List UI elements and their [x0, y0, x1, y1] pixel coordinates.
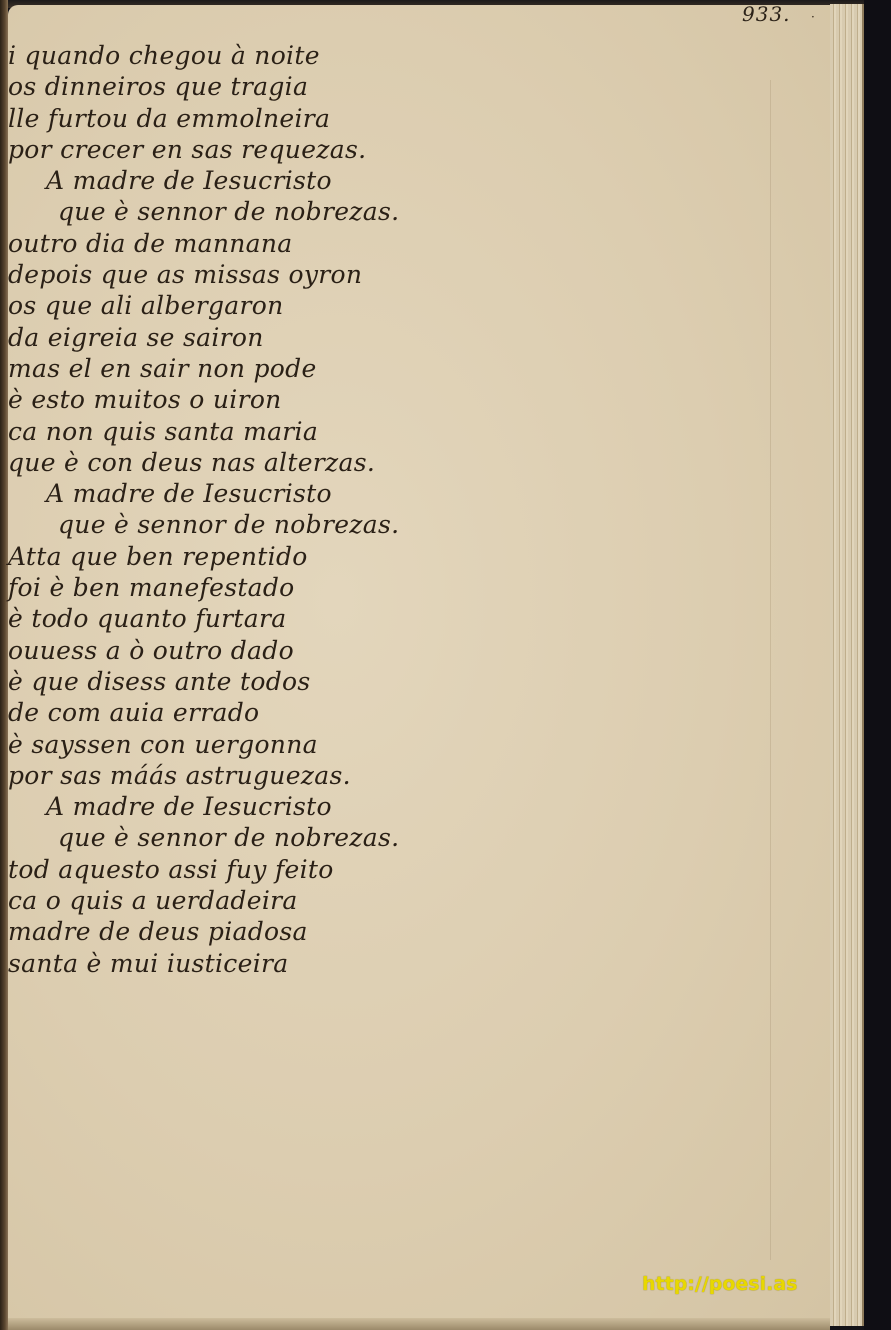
verse-line: è todo quanto furtara [8, 603, 448, 634]
verse-line: lle furtou da emmolneira [8, 103, 448, 134]
verse-line: tod aquesto assi fuy feito [8, 854, 448, 885]
verse-line: por sas máás astruguezas. [8, 760, 448, 791]
verse-line: mas el en sair non pode [8, 353, 448, 384]
verse-line: foi è ben manefestado [8, 572, 448, 603]
verse-line: è sayssen con uergonna [8, 729, 448, 760]
verse-line: os que ali albergaron [8, 290, 448, 321]
verse-line: de com auia errado [8, 697, 448, 728]
verse-line: os dinneiros que tragia [8, 71, 448, 102]
refrain-line: que è sennor de nobrezas. [8, 196, 448, 227]
page-bottom-edge [8, 1318, 830, 1330]
verse-line: ca non quis santa maria [8, 416, 448, 447]
verse-line: è esto muitos o uiron [8, 384, 448, 415]
verse-line: i quando chegou à noite [8, 40, 448, 71]
verse-line: da eigreia se sairon [8, 322, 448, 353]
verse-line: ouuess a ò outro dado [8, 635, 448, 666]
corner-mark: · [811, 10, 815, 24]
book-gutter [0, 0, 8, 1330]
page-edges [830, 4, 864, 1326]
refrain-line: A madre de Iesucristo [8, 165, 448, 196]
verse-line: que è con deus nas alterzas. [8, 447, 448, 478]
verse-line: ca o quis a uerdadeira [8, 885, 448, 916]
verse-line: por crecer en sas requezas. [8, 134, 448, 165]
manuscript-text: i quando chegou à noite os dinneiros que… [8, 40, 448, 979]
verse-line: Atta que ben repentido [8, 541, 448, 572]
bleed-through-frame [770, 80, 821, 1260]
watermark-link[interactable]: http://poesi.as [642, 1273, 797, 1295]
verse-line: outro dia de mannana [8, 228, 448, 259]
refrain-line: A madre de Iesucristo [8, 791, 448, 822]
page-number: 933. [742, 2, 791, 26]
refrain-line: que è sennor de nobrezas. [8, 509, 448, 540]
verse-line: santa è mui iusticeira [8, 948, 448, 979]
verse-line: è que disess ante todos [8, 666, 448, 697]
refrain-line: que è sennor de nobrezas. [8, 822, 448, 853]
verse-line: depois que as missas oyron [8, 259, 448, 290]
verse-line: madre de deus piadosa [8, 916, 448, 947]
book-cover-edge [864, 0, 891, 1330]
refrain-line: A madre de Iesucristo [8, 478, 448, 509]
